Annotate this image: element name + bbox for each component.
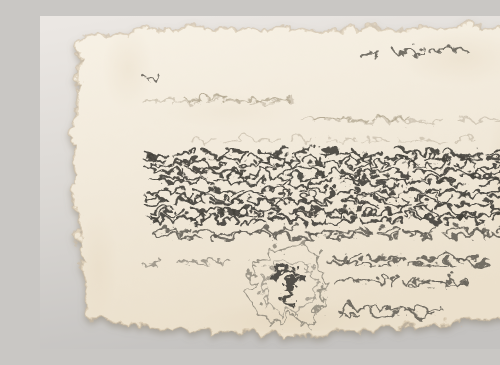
paper-stain (102, 26, 154, 110)
paper-stain (78, 211, 118, 321)
document-photo (40, 16, 500, 349)
document-photo-canvas (40, 16, 500, 349)
